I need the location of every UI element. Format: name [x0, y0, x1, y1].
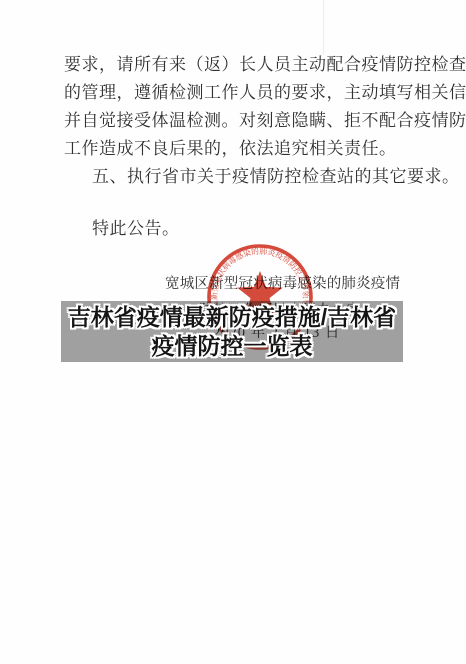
notice-body-line: 并自觉接受体温检测。对刻意隐瞒、拒不配合疫情防控 [64, 111, 466, 131]
scan-artifact-line [323, 0, 324, 54]
headline-line2: 疫情防控一览表 [152, 332, 313, 361]
notice-body-line: 的管理，遵循检测工作人员的要求，主动填写相关信息， [64, 83, 466, 103]
notice-body-line: 工作造成不良后果的，依法追究相关责任。 [64, 139, 397, 159]
notice-item-five: 五、执行省市关于疫情防控检查站的其它要求。 [92, 167, 460, 187]
headline-overlay: 吉林省疫情最新防疫措施/吉林省 疫情防控一览表 [61, 301, 403, 362]
notice-body-line: 要求，请所有来（返）长人员主动配合疫情防控检查站 [64, 55, 466, 75]
document-page: 要求，请所有来（返）长人员主动配合疫情防控检查站 的管理，遵循检测工作人员的要求… [0, 0, 466, 664]
headline-line1: 吉林省疫情最新防疫措施/吉林省 [68, 303, 396, 332]
notice-closing: 特此公告。 [92, 219, 180, 239]
